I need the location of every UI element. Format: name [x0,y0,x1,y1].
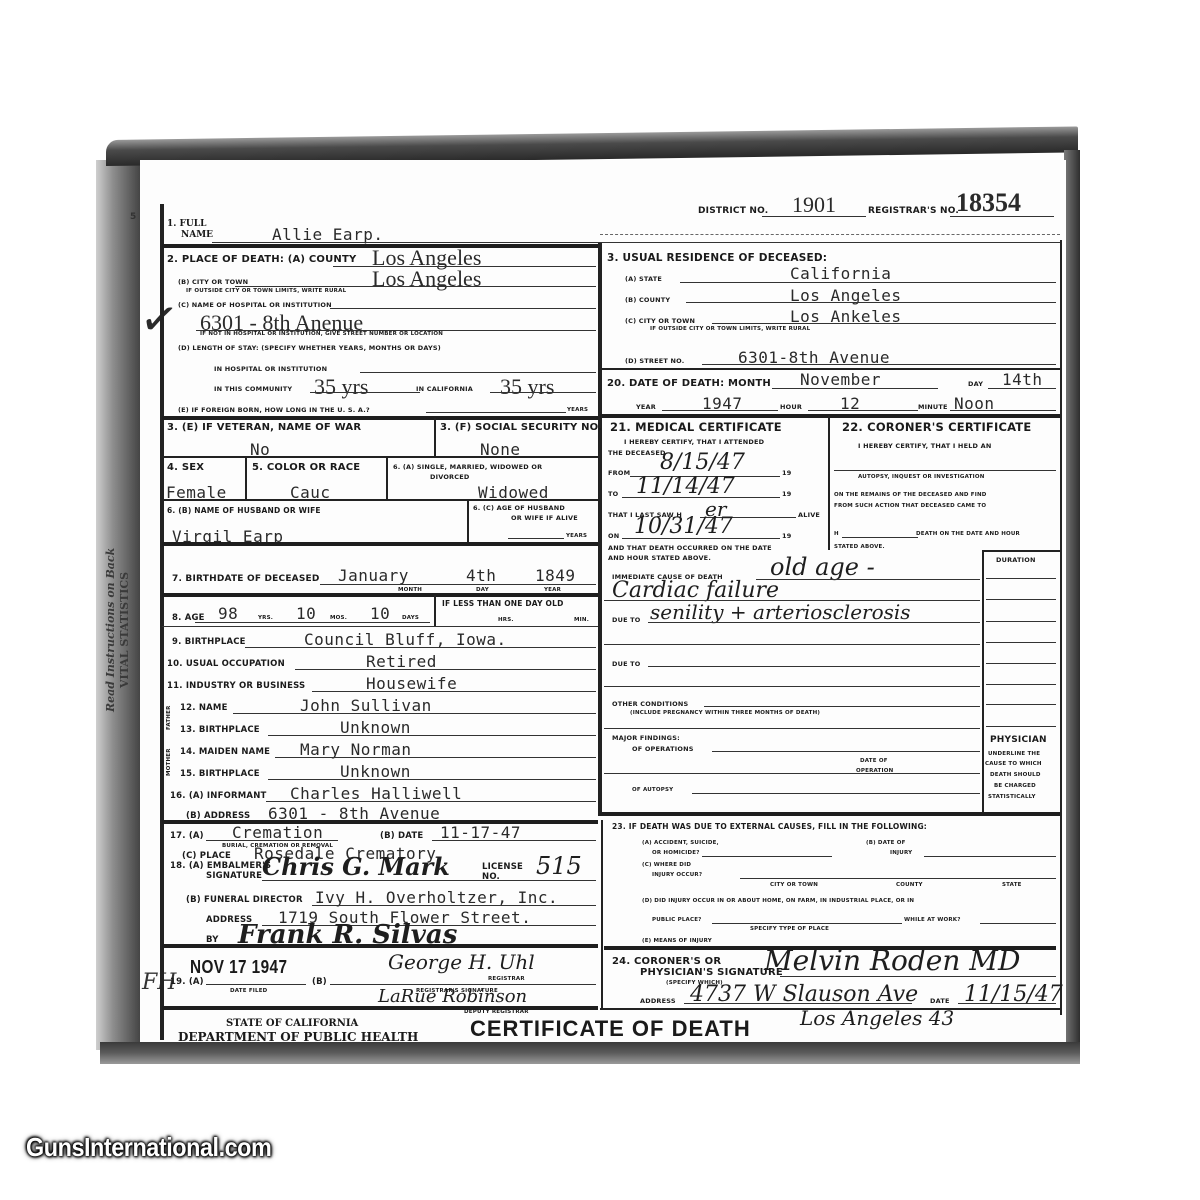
coroner-line-5: STATED ABOVE. [834,544,885,550]
immediate-cause-value: old age - [770,553,875,581]
rule [162,626,598,627]
other-conditions-label: OTHER CONDITIONS [612,700,688,708]
spouse-label: 6. (B) NAME OF HUSBAND OR WIFE [167,506,321,515]
residence-county-label: (B) COUNTY [625,296,670,304]
other-conditions-note: (INCLUDE PREGNANCY WITHIN THREE MONTHS O… [630,710,820,716]
rule [320,584,596,585]
rule [206,840,338,841]
duration-label: DURATION [996,556,1036,564]
death-hour-label: HOUR [780,403,802,411]
rule [924,856,1056,857]
rule [772,388,938,389]
rule [330,984,596,985]
major-findings-label: MAJOR FINDINGS: [612,734,680,742]
issuer-department: DEPARTMENT OF PUBLIC HEALTH [178,1030,418,1044]
rule [982,550,984,812]
binder-right-edge [1064,150,1080,1050]
disposition-date-label: (B) DATE [380,831,423,841]
while-at-work-label: WHILE AT WORK? [904,917,961,923]
embalmer-signature: Chris G. Mark [262,852,450,881]
occupation-label: 10. USUAL OCCUPATION [167,659,285,669]
rule [702,856,832,857]
rule [275,757,596,758]
rule [692,793,980,794]
hospital-label: (C) NAME OF HOSPITAL OR INSTITUTION [178,301,332,309]
due-to-value: senility + arteriosclerosis [650,600,911,624]
deputy-registrar-signature: LaRue Robinson [378,986,527,1007]
rule [712,923,902,924]
center-divider [598,242,602,816]
age-days-value: 10 [370,604,390,623]
place-type-caption: SPECIFY TYPE OF PLACE [750,926,829,932]
date-filed-caption: DATE FILED [230,988,267,994]
death-city-note: IF OUTSIDE CITY OR TOWN LIMITS, WRITE RU… [186,288,346,294]
rule [600,812,1060,816]
attended-to-label: TO [608,490,618,498]
rule [162,820,598,824]
spouse-age-unit: YEARS [566,533,587,539]
deputy-registrar-caption: DEPUTY REGISTRAR [464,1009,529,1015]
rule [988,388,1056,389]
death-city-label: (B) CITY OR TOWN [178,278,248,286]
hours-caption: HRS. [498,617,514,623]
rule [434,595,436,627]
alive-label: ALIVE [798,511,820,519]
rule [702,364,1056,365]
rule [986,704,1056,705]
rule [233,713,596,714]
medical-closing-1: AND THAT DEATH OCCURRED ON THE DATE [608,544,772,552]
rule [834,470,1056,471]
california-label: IN CALIFORNIA [416,385,473,393]
rule [712,323,1056,324]
father-group-label: FATHER [166,696,172,730]
external-causes-label: 23. IF DEATH WAS DUE TO EXTERNAL CAUSES,… [612,822,927,831]
of-operations-label: OF OPERATIONS [632,745,694,753]
spouse-age-label-2: OR WIFE IF ALIVE [511,514,578,522]
physician-address-label: ADDRESS [640,997,676,1005]
physician-note-2: CAUSE TO WHICH [985,761,1042,767]
death-day-value: 14th [1002,370,1043,389]
rule [808,410,918,411]
coroner-certify-line: I HEREBY CERTIFY, THAT I HELD AN [858,442,991,450]
attended-to-value: 11/14/47 [636,474,735,499]
rule [986,663,1056,664]
rule [386,458,388,500]
date-filed-stamp: NOV 17 1947 [190,957,287,978]
rule [958,1003,1056,1004]
where-injury-label-2: INJURY OCCUR? [652,872,702,878]
accident-label-2: OR HOMICIDE? [652,850,700,856]
rule [268,779,596,780]
mother-birthplace-label: 15. BIRTHPLACE [180,769,260,779]
embalmer-label-2: SIGNATURE [206,871,262,881]
signature-label: 24. CORONER'S OR [612,956,721,967]
community-value: 35 yrs [314,374,368,400]
coroner-line-2: ON THE REMAINS OF THE DECEASED AND FIND [834,492,987,498]
death-date-label: 20. DATE OF DEATH: MONTH [607,378,771,389]
place-of-death-label: 2. PLACE OF DEATH: (A) COUNTY [167,254,356,265]
rule [828,416,830,550]
age-days-caption: DAYS [402,615,419,621]
residence-city-label: (C) CITY OR TOWN [625,317,695,325]
rule [648,622,980,623]
rule [684,1003,912,1004]
rule [986,684,1056,685]
physician-signature: Melvin Roden MD [764,944,1020,977]
due-to-label: DUE TO [612,616,641,624]
to-year-prefix: 19 [782,490,791,498]
injury-city-caption: CITY OR TOWN [770,882,818,888]
funeral-director-label: (B) FUNERAL DIRECTOR [186,895,303,905]
registrar-caption: REGISTRAR [488,976,525,982]
hospital-note: IF NOT IN HOSPITAL OR INSTITUTION, GIVE … [200,331,443,337]
age-years-value: 98 [218,604,238,623]
rule [330,308,596,309]
of-autopsy-label: OF AUTOPSY [632,787,673,793]
side-text-vital-statistics: VITAL STATISTICS [118,470,132,790]
injury-date-label: (B) DATE OF [866,840,906,846]
foreign-born-label: (E) IF FOREIGN BORN, HOW LONG IN THE U. … [178,406,370,414]
california-value: 35 yrs [500,374,554,400]
due-to-2-label: DUE TO [612,660,641,668]
last-saw-date-value: 10/31/47 [634,514,733,539]
rule [600,414,1060,418]
physician-address-city: Los Angeles 43 [800,1006,954,1030]
registrar-label: REGISTRAR'S NO. [868,206,959,216]
signature-label-2: PHYSICIAN'S SIGNATURE [640,967,783,978]
physician-note-3: DEATH SHOULD [990,772,1041,778]
death-day-label: DAY [968,380,983,388]
means-of-injury-label: (E) MEANS OF INJURY [642,938,712,944]
rule [162,593,598,597]
rule [740,878,1056,879]
public-place-label: PUBLIC PLACE? [652,917,702,923]
physician-note-4: BE CHARGED [994,783,1036,789]
disposition-place-label: (C) PLACE [182,851,231,861]
injury-date-label-2: INJURY [890,850,912,856]
medical-certificate-title: 21. MEDICAL CERTIFICATE [610,420,782,434]
right-border [1060,240,1062,1015]
rule [712,751,980,752]
rule [686,302,1056,303]
residence-state-value: California [790,264,891,283]
coroner-line-3: FROM SUCH ACTION THAT DECEASED CAME TO [834,503,986,509]
community-label: IN THIS COMMUNITY [214,385,292,393]
injury-state-caption: STATE [1002,882,1022,888]
rule [980,923,1056,924]
rule [986,599,1056,600]
rule [600,234,1060,235]
medical-certify-line: I HEREBY CERTIFY, THAT I ATTENDED [624,438,764,446]
rule [266,801,596,802]
issuer-state: STATE OF CALIFORNIA [226,1018,358,1029]
marital-label-2: DIVORCED [430,473,469,481]
accident-label: (A) ACCIDENT, SUICIDE, [642,840,719,846]
attended-from-value: 8/15/47 [660,450,745,475]
rule [268,735,596,736]
residence-label: 3. USUAL RESIDENCE OF DECEASED: [607,252,827,264]
sex-label: 4. SEX [167,462,204,473]
rule [295,669,596,670]
watermark-logo: GunsInternational.com [26,1132,271,1163]
rule [662,410,778,411]
rule [162,456,598,458]
rule [312,905,596,906]
age-months-caption: MOS. [330,615,347,621]
rule [986,726,1056,727]
rule [162,416,598,420]
rule [680,282,1056,283]
rule [245,647,596,648]
certificate-scan: Read Instructions on Back VITAL STATISTI… [0,0,1200,1200]
rule [604,644,980,645]
rule [162,1006,598,1010]
rule [360,372,596,373]
rule [206,984,306,985]
age-months-value: 10 [296,604,316,623]
death-city-value: Los Angeles [372,266,481,292]
rule [982,550,1060,552]
spouse-age-label: 6. (C) AGE OF HUSBAND [473,504,565,512]
coroner-certificate-title: 22. CORONER'S CERTIFICATE [842,420,1031,434]
physician-note-1: UNDERLINE THE [988,751,1040,757]
coroner-line-4: DEATH ON THE DATE AND HOUR [916,531,1020,537]
rule [490,392,596,393]
rule [950,216,1054,217]
operation-date-label: DATE OF [860,758,888,764]
attended-from-label: FROM [608,469,630,477]
on-year-prefix: 19 [782,532,791,540]
birth-year-value: 1849 [535,566,576,585]
rule [622,497,780,498]
medical-closing-2: AND HOUR STATED ABOVE. [608,554,711,562]
rule [508,538,564,539]
rule [312,691,596,692]
residence-city-note: IF OUTSIDE CITY OR TOWN LIMITS, WRITE RU… [650,326,810,332]
father-name-label: 12. NAME [180,703,228,713]
rule [986,578,1056,579]
death-month-value: November [800,370,881,389]
rule [986,621,1056,622]
rule [604,728,980,729]
physician-title: PHYSICIAN [990,735,1047,745]
filing-b-label: (B) [312,977,327,987]
rule [235,286,596,287]
registrar-signature: George H. Uhl [388,950,535,974]
license-value: 515 [536,852,582,880]
minutes-caption: MIN. [574,617,589,623]
coroner-autopsy-note: AUTOPSY, INQUEST OR INVESTIGATION [858,474,985,480]
district-number: 1901 [792,192,836,218]
foreign-years-unit: YEARS [567,407,588,413]
rule [467,500,469,542]
residence-street-label: (D) STREET NO. [625,357,684,365]
mother-maiden-label: 14. MAIDEN NAME [180,747,270,757]
rule [604,773,980,774]
filing-a-label: 19. (A) [170,977,204,987]
disposition-label: 17. (A) [170,831,204,841]
race-label: 5. COLOR OR RACE [252,462,360,473]
rule [262,880,596,881]
certificate-title: CERTIFICATE OF DEATH [470,1016,751,1042]
rule [604,686,980,687]
rule [622,538,780,539]
length-of-stay-label: (D) LENGTH OF STAY: (SPECIFY WHETHER YEA… [178,344,441,352]
rule [426,412,566,413]
rule [756,579,980,580]
rule [950,410,1056,411]
rule [162,499,598,501]
rule [245,458,247,500]
birthdate-label: 7. BIRTHDATE OF DECEASED [172,574,320,584]
residence-state-label: (A) STATE [625,275,662,283]
rule [432,840,596,841]
rule [162,944,598,948]
medical-deceased-line: THE DECEASED [608,449,666,457]
embalmer-label: 18. (A) EMBALMER'S [170,861,271,871]
less-than-day-label: IF LESS THAN ONE DAY OLD [442,599,564,608]
center-divider-lower [601,820,603,1010]
rule [704,706,980,707]
in-hospital-label: IN HOSPITAL OR INSTITUTION [214,365,327,373]
injury-place-label: (D) DID INJURY OCCUR IN OR ABOUT HOME, O… [642,898,914,904]
registrar-number: 18354 [956,188,1021,218]
from-year-prefix: 19 [782,469,791,477]
binder-bottom-edge [100,1042,1080,1064]
left-border [160,204,164,1040]
rule [162,542,598,546]
rule [986,642,1056,643]
coroner-line-4-prefix: H [834,531,839,537]
birth-month-value: January [338,566,409,585]
mother-group-label: MOTHER [166,740,172,776]
age-years-caption: YRS. [258,615,273,621]
physician-date-label: DATE [930,997,950,1005]
full-name-label-num: 1. FULL [167,219,206,229]
father-birthplace-label: 13. BIRTHPLACE [180,725,260,735]
rule [648,666,980,667]
rule [434,418,436,458]
rule [195,622,430,623]
physician-note-5: STATISTICALLY [988,794,1036,800]
veteran-label: 3. (E) IF VETERAN, NAME OF WAR [167,422,361,433]
where-injury-label: (C) WHERE DID [642,862,691,868]
license-label: LICENSE [482,862,523,872]
rule [762,216,866,217]
rule [842,537,918,538]
rule [212,242,1060,243]
side-text-instructions: Read Instructions on Back [104,470,118,790]
marital-label: 6. (A) SINGLE, MARRIED, WIDOWED OR [393,463,542,471]
birthplace-label: 9. BIRTHPLACE [172,637,246,647]
death-minute-label: MINUTE [918,403,948,411]
industry-label: 11. INDUSTRY OR BUSINESS [167,681,305,691]
district-label: DISTRICT NO. [698,206,768,216]
rule [780,976,1056,977]
last-saw-on-label: ON [608,532,619,540]
rule [310,392,420,393]
full-name-label: NAME [181,230,213,240]
injury-county-caption: COUNTY [896,882,923,888]
margin-mark: 5 [130,212,136,222]
informant-label: 16. (A) INFORMANT [170,791,267,801]
birth-day-value: 4th [466,566,496,585]
death-year-label: YEAR [636,403,656,411]
ssn-label: 3. (F) SOCIAL SECURITY NO. [440,422,602,433]
